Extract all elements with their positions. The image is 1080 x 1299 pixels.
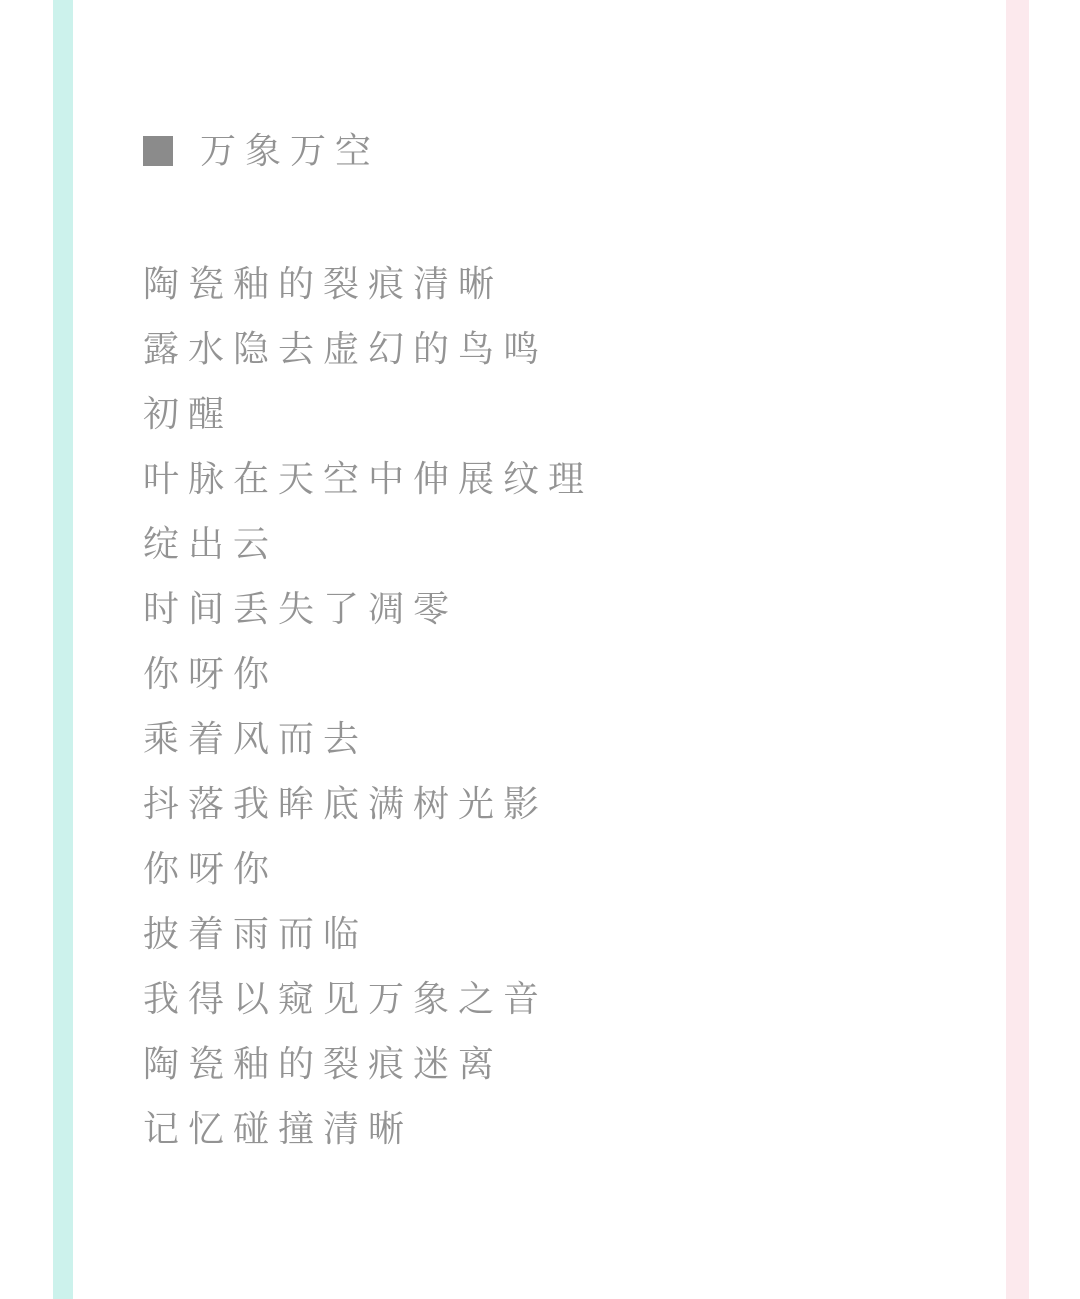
poem-body: 陶瓷釉的裂痕清晰露水隐去虚幻的鸟鸣初醒叶脉在天空中伸展纹理绽出云时间丢失了凋零你…: [143, 252, 963, 1162]
poem-line: 陶瓷釉的裂痕迷离: [143, 1032, 963, 1097]
article-title: 万象万空: [200, 133, 380, 169]
poem-line: 叶脉在天空中伸展纹理: [143, 447, 963, 512]
right-accent-strip: [1006, 0, 1029, 1299]
poem-line: 初醒: [143, 382, 963, 447]
poem-line: 绽出云: [143, 512, 963, 577]
poem-line: 时间丢失了凋零: [143, 577, 963, 642]
article-page: { "colors": { "background": "#ffffff", "…: [0, 0, 1080, 1299]
poem-line: 披着雨而临: [143, 902, 963, 967]
square-bullet-icon: [143, 136, 173, 166]
section-header: 万象万空: [143, 133, 963, 169]
poem-line: 陶瓷釉的裂痕清晰: [143, 252, 963, 317]
poem-line: 抖落我眸底满树光影: [143, 772, 963, 837]
poem-line: 你呀你: [143, 837, 963, 902]
poem-line: 你呀你: [143, 642, 963, 707]
left-accent-strip: [53, 0, 73, 1299]
poem-line: 露水隐去虚幻的鸟鸣: [143, 317, 963, 382]
poem-line: 记忆碰撞清晰: [143, 1097, 963, 1162]
poem-line: 我得以窥见万象之音: [143, 967, 963, 1032]
article-content: 万象万空 陶瓷釉的裂痕清晰露水隐去虚幻的鸟鸣初醒叶脉在天空中伸展纹理绽出云时间丢…: [143, 133, 963, 1162]
poem-line: 乘着风而去: [143, 707, 963, 772]
